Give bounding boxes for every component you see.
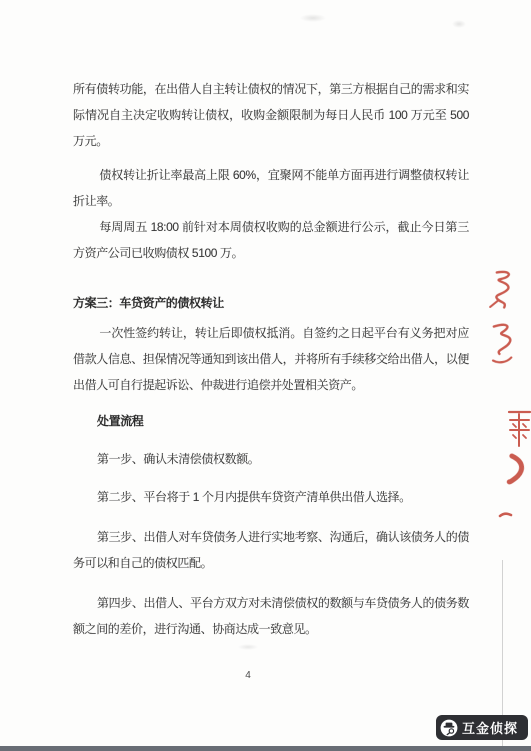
detective-icon [440, 719, 458, 737]
sub-heading: 处置流程 [73, 408, 469, 434]
red-stamp-mark [485, 319, 519, 367]
watermark-label: 互金侦探 [462, 718, 518, 737]
scanned-document-page: 所有债转功能，在出借人自主转让债权的情况下，第三方根据自己的需求和实际情况自主决… [0, 0, 531, 751]
page-number: 4 [240, 670, 256, 681]
bottom-edge-bar [0, 746, 531, 751]
body-paragraph: 所有债转功能，在出借人自主转让债权的情况下，第三方根据自己的需求和实际情况自主决… [73, 76, 469, 154]
step-paragraph: 第四步、出借人、平台方双方对未清偿债权的数额与车贷债务人的债务数额之间的差价，进… [73, 590, 469, 642]
red-stamp-mark [507, 408, 531, 452]
red-stamp-mark [498, 510, 514, 520]
red-stamp-mark [503, 450, 531, 489]
step-paragraph: 第一步、确认未清偿债权数额。 [73, 446, 469, 472]
scan-smudge [238, 644, 258, 650]
watermark-badge: 互金侦探 [436, 715, 528, 740]
step-paragraph: 第三步、出借人对车贷债务人进行实地考察、沟通后，确认该债务人的债务可以和自己的债… [73, 524, 469, 576]
body-paragraph: 债权转让折让率最高上限 60%，宜聚网不能单方面再进行调整债权转让折让率。 [73, 162, 469, 214]
scan-smudge [300, 14, 326, 22]
body-paragraph: 一次性签约转让，转让后即债权抵消。自签约之日起平台有义务把对应借款人信息、担保情… [73, 320, 469, 398]
section-heading: 方案三：车贷资产的债权转让 [73, 290, 469, 316]
document-body: 所有债转功能，在出借人自主转让债权的情况下，第三方根据自己的需求和实际情况自主决… [73, 76, 469, 642]
scan-smudge [452, 20, 466, 28]
red-stamp-mark [484, 267, 518, 314]
body-paragraph: 每周周五 18:00 前针对本周债权收购的总金额进行公示，截止今日第三方资产公司… [73, 214, 469, 266]
step-paragraph: 第二步、平台将于 1 个月内提供车贷资产清单供出借人选择。 [73, 484, 469, 510]
